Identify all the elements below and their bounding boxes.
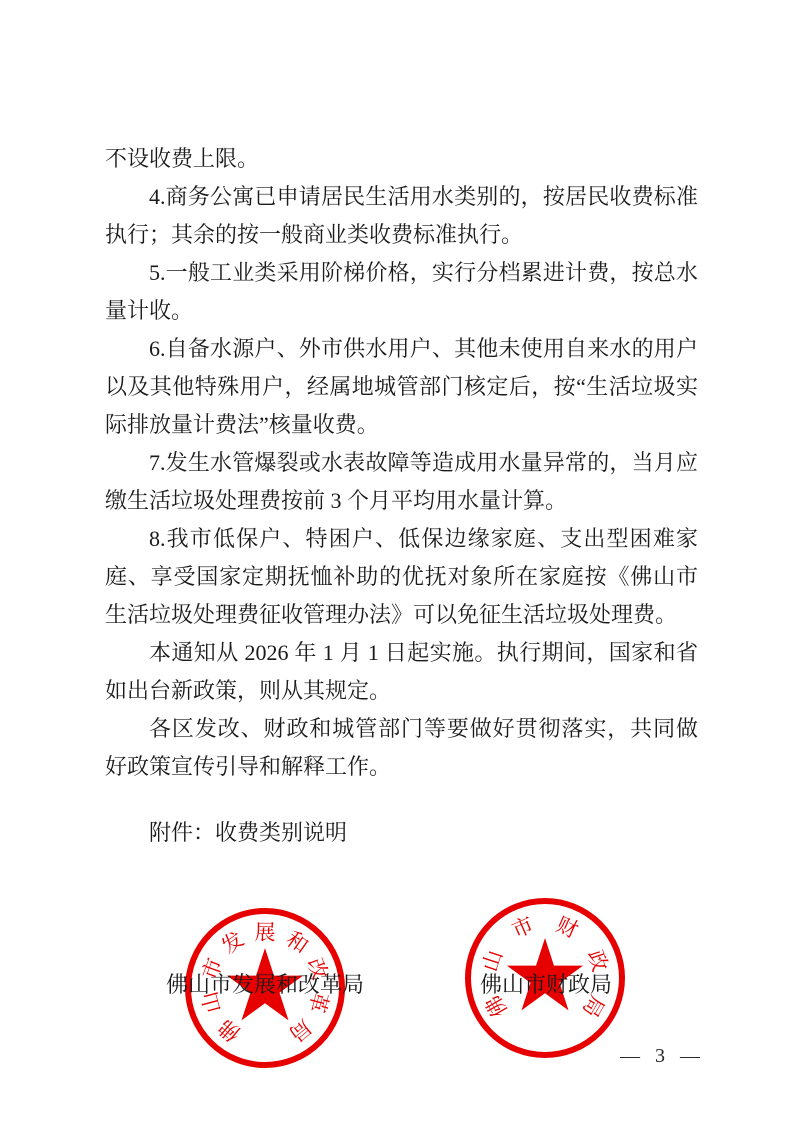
paragraph: 各区发改、财政和城管部门等要做好贯彻落实，共同做好政策宣传引导和解释工作。 (105, 710, 698, 786)
paragraph: 5.一般工业类采用阶梯价格，实行分档累进计费，按总水量计收。 (105, 254, 698, 330)
agency-signature-finance: 佛山市财政局 (480, 974, 612, 996)
page-number: — 3 — (610, 1043, 710, 1069)
seal-arc-char: 山 (479, 948, 505, 974)
attachment-line: 附件：收费类别说明 (105, 814, 698, 852)
document-body: 不设收费上限。4.商务公寓已申请居民生活用水类别的，按居民收费标准执行；其余的按… (105, 140, 698, 786)
document-page: 不设收费上限。4.商务公寓已申请居民生活用水类别的，按居民收费标准执行；其余的按… (0, 0, 794, 1123)
paragraph: 本通知从 2026 年 1 月 1 日起实施。执行期间，国家和省如出台新政策，则… (105, 634, 698, 710)
paragraph: 7.发生水管爆裂或水表故障等造成用水量异常的，当月应缴生活垃圾处理费按前 3 个… (105, 444, 698, 520)
seal-arc-char: 展 (255, 923, 276, 944)
paragraph: 8.我市低保户、特困户、低保边缘家庭、支出型困难家庭、享受国家定期抚恤补助的优抚… (105, 520, 698, 634)
paragraph: 6.自备水源户、外市供水用户、其他未使用自来水的用户以及其他特殊用户，经属地城管… (105, 330, 698, 444)
seal-arc-char: 政 (584, 948, 610, 974)
paragraph: 不设收费上限。 (105, 140, 698, 178)
agency-signature-development-reform: 佛山市发展和改革局 (166, 974, 364, 996)
paragraph: 4.商务公寓已申请居民生活用水类别的，按居民收费标准执行；其余的按一般商业类收费… (105, 178, 698, 254)
